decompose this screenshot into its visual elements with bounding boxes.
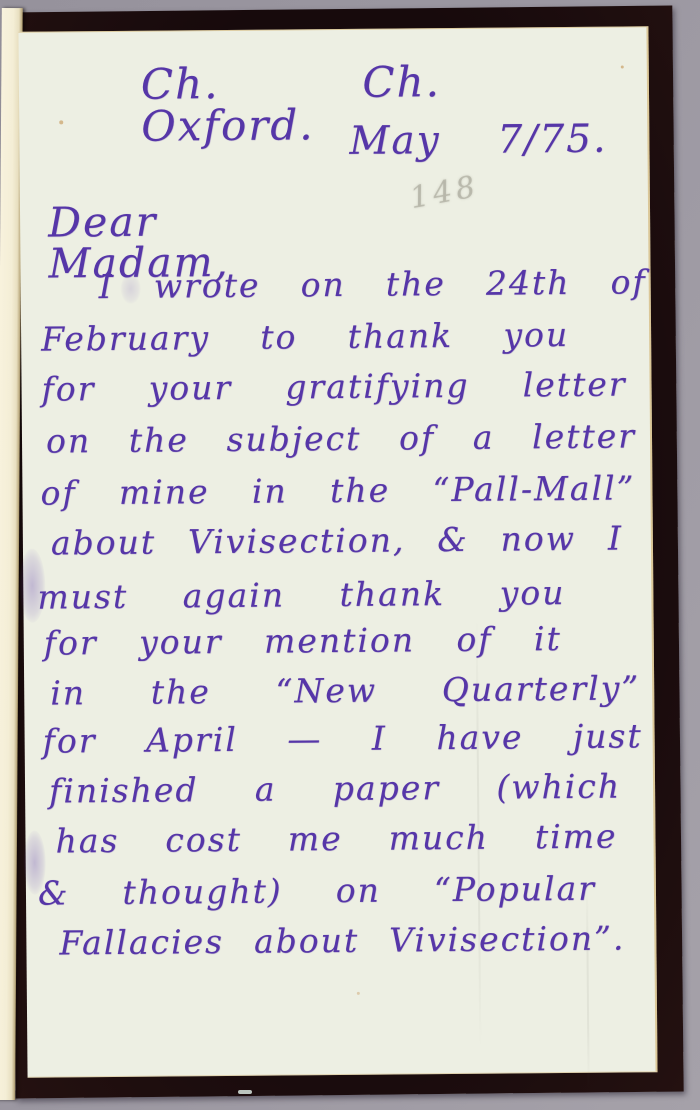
foxing-speck xyxy=(59,120,63,124)
letter-line: about Vivisection, & now I xyxy=(51,522,623,560)
ink-smudge xyxy=(19,549,46,623)
letter-page: Ch. Ch. Oxford. May 7/75. 148 Dear Madam… xyxy=(18,26,657,1077)
letter-line: on the subject of a letter xyxy=(46,419,636,457)
letter-line: has cost me much time xyxy=(55,820,617,858)
faint-page-number: 148 xyxy=(407,169,481,216)
foxing-speck xyxy=(621,65,624,68)
letter-line: February to thank you xyxy=(41,318,569,356)
letter-date: May 7/75. xyxy=(349,120,607,161)
letter-line: finished a paper (which xyxy=(49,770,621,808)
letter-line: in the “New Quarterly” xyxy=(50,671,640,709)
letter-line: for April — I have just xyxy=(42,719,642,757)
ink-smudge xyxy=(121,274,141,304)
letter-line: for your mention of it xyxy=(44,622,562,660)
letter-line: & thought) on “Popular xyxy=(38,872,596,910)
letter-line: Fallacies about Vivisection”. xyxy=(59,922,625,960)
letter-line: of mine in the “Pall-Mall” xyxy=(40,471,635,509)
letter-line: must again thank you xyxy=(37,576,565,614)
letter-line: I wrote on the 24th of xyxy=(99,265,647,303)
foxing-speck xyxy=(357,992,360,995)
letter-line: for your gratifying letter xyxy=(41,367,626,405)
photograph-of-letter: Ch. Ch. Oxford. May 7/75. 148 Dear Madam… xyxy=(0,0,700,1110)
mat-nick xyxy=(238,1090,252,1094)
ink-smudge xyxy=(23,831,46,895)
